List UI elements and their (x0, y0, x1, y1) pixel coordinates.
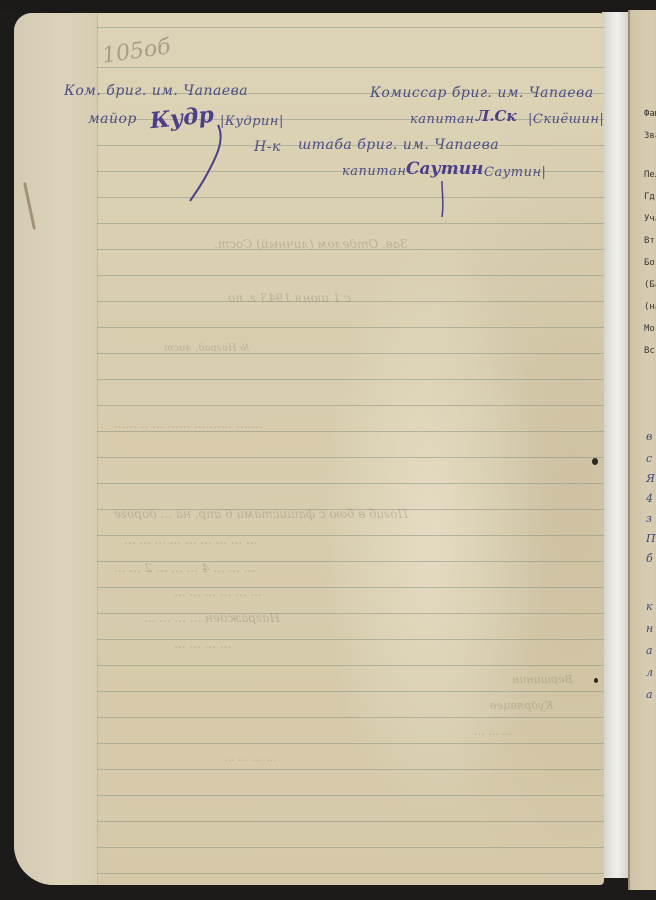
binding-tape (602, 12, 628, 878)
typed-fragment: Пел (644, 170, 656, 180)
typed-fragment: Бо (644, 258, 655, 268)
show-through-text: Вершинин (512, 673, 573, 686)
commissar-signature: Л.Ск (476, 107, 517, 125)
chief-of-staff-title: штаба бриг. им. Чапаева (298, 137, 499, 153)
typed-fragment: Зва (644, 131, 656, 141)
show-through-text: Зав. Отделом (личный) Сост. (214, 237, 408, 251)
show-through-text: ... ... ... ... ... ... ... ... ... (124, 533, 258, 547)
show-through-text: № Наград. лист (164, 343, 249, 354)
show-through-text: ....... .......... ...... ... .. ...... (114, 417, 263, 431)
hand-fragment: с (646, 452, 652, 465)
show-through-text: с 1 июня 1943 г. по (228, 291, 351, 305)
signature-flourish (184, 121, 234, 206)
hand-fragment: П (646, 532, 656, 545)
chief-of-staff-label: Н-к (254, 139, 281, 155)
commander-title: Ком. бриг. им. Чапаева (64, 83, 248, 99)
commissar-title: Комиссар бриг. им. Чапаева (370, 85, 594, 101)
scanner-bed-top (0, 0, 656, 12)
show-through-text: ... ... ... ... (224, 751, 276, 764)
chief-of-staff-name: Саутин| (484, 165, 546, 180)
hand-fragment: а (646, 688, 653, 701)
show-through-text: Награжден ... ... ... ... (144, 611, 280, 625)
commander-rank: майор (88, 111, 137, 127)
show-through-text: Погиб в бою с фашистами 6 апр. на ... до… (114, 507, 408, 521)
signature-tail (434, 181, 454, 221)
scan-scene: Фам Зва Пел Гд Уча Вт Бо (Ба (на Мо Вс в… (0, 0, 656, 900)
typed-fragment: (на (644, 302, 656, 312)
chief-of-staff-rank: капитан (342, 164, 406, 179)
show-through-text: Кудрявцев (490, 699, 553, 712)
hand-fragment: 4 (646, 492, 653, 505)
hand-fragment: б (646, 552, 653, 565)
show-through-text: ... ... ... ... ... ... (174, 585, 262, 599)
chief-of-staff-signature: Саутин (406, 159, 483, 179)
hand-fragment: а (646, 644, 653, 657)
typed-fragment: Фам (644, 109, 656, 119)
hand-fragment: в (646, 430, 652, 443)
hand-fragment: Я (646, 472, 655, 485)
show-through-text: ... ... ... (474, 725, 512, 738)
adjacent-page-edge: Фам Зва Пел Гд Уча Вт Бо (Ба (на Мо Вс в… (628, 10, 656, 890)
show-through-text: ... ... ... ... (174, 637, 231, 651)
hand-fragment: к (646, 600, 653, 613)
hand-fragment: з (646, 512, 652, 525)
typed-fragment: Гд (644, 192, 655, 202)
typed-fragment: Мо (644, 324, 655, 334)
commissar-name: |Скиёшин| (528, 112, 604, 127)
typed-fragment: (Ба (644, 280, 656, 290)
document-page: 105об Ком. бриг. им. Чапаева майор Кудр … (14, 13, 604, 885)
typed-fragment: Уча (644, 214, 656, 224)
commissar-rank: капитан (410, 112, 474, 127)
paper-damage-mark (594, 678, 598, 683)
paper-damage-mark (592, 458, 598, 465)
show-through-text: ... ... ... 4 ... ... ... 2 ... ... (114, 561, 255, 575)
page-margin (14, 13, 98, 885)
typed-fragment: Вс (644, 346, 655, 356)
hand-fragment: н (646, 622, 653, 635)
typed-fragment: Вт (644, 236, 655, 246)
hand-fragment: л (646, 666, 653, 679)
